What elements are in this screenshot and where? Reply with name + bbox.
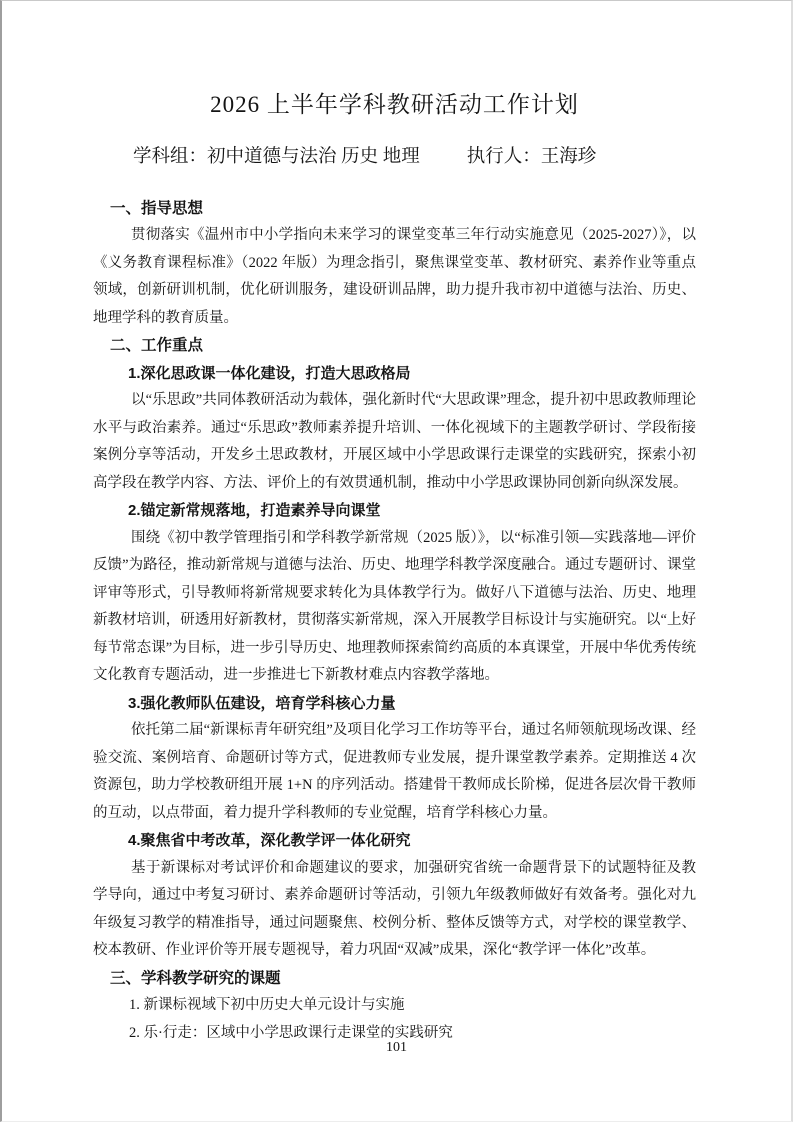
section-heading-guiding-ideology: 一、指导思想 bbox=[93, 195, 696, 223]
subsection-text-teacher-team: 依托第二届“新课标青年研究组”及项目化学习工作坊等平台，通过名师领航现场改课、经… bbox=[93, 717, 696, 827]
section-heading-work-priorities: 二、工作重点 bbox=[93, 332, 696, 360]
doc-title: 2026 上半年学科教研活动工作计划 bbox=[93, 91, 696, 119]
research-topic-item-1: 1. 新课标视域下初中历史大单元设计与实施 bbox=[93, 992, 696, 1020]
subsection-heading-teacher-team: 3.强化教师队伍建设，培育学科核心力量 bbox=[93, 690, 696, 718]
subsection-text-new-norms: 围绕《初中教学管理指引和学科教学新常规（2025 版）》，以“标准引领—实践落地… bbox=[93, 525, 696, 690]
executor: 执行人：王海珍 bbox=[467, 144, 597, 172]
subsection-heading-new-norms: 2.锚定新常规落地，打造素养导向课堂 bbox=[93, 497, 696, 525]
executor-value: 王海珍 bbox=[541, 147, 597, 167]
section-heading-research-topics: 三、学科教学研究的课题 bbox=[93, 965, 696, 993]
subsection-text-ideological-politics: 以“乐思政”共同体教研活动为载体，强化新时代“大思政课”理念，提升初中思政教师理… bbox=[93, 387, 696, 497]
paragraph-guiding-ideology: 贯彻落实《温州市中小学指向未来学习的课堂变革三年行动实施意见（2025-2027… bbox=[93, 222, 696, 332]
subsection-heading-ideological-politics: 1.深化思政课一体化建设，打造大思政格局 bbox=[93, 360, 696, 388]
subject-group-value: 初中道德与法治 历史 地理 bbox=[207, 147, 420, 167]
document-page: 2026 上半年学科教研活动工作计划 学科组：初中道德与法治 历史 地理 执行人… bbox=[0, 0, 793, 1122]
page-number: 101 bbox=[2, 1039, 791, 1057]
subject-group-label: 学科组： bbox=[133, 147, 207, 167]
document-body: 一、指导思想 贯彻落实《温州市中小学指向未来学习的课堂变革三年行动实施意见（20… bbox=[93, 195, 696, 1048]
meta-line: 学科组：初中道德与法治 历史 地理 执行人：王海珍 bbox=[93, 144, 696, 172]
subsection-text-exam-reform: 基于新课标对考试评价和命题建议的要求，加强研究省统一命题背景下的试题特征及教学导… bbox=[93, 855, 696, 965]
subsection-heading-exam-reform: 4.聚焦省中考改革，深化教学评一体化研究 bbox=[93, 827, 696, 855]
executor-label: 执行人： bbox=[467, 147, 541, 167]
subject-group: 学科组：初中道德与法治 历史 地理 bbox=[133, 144, 420, 172]
